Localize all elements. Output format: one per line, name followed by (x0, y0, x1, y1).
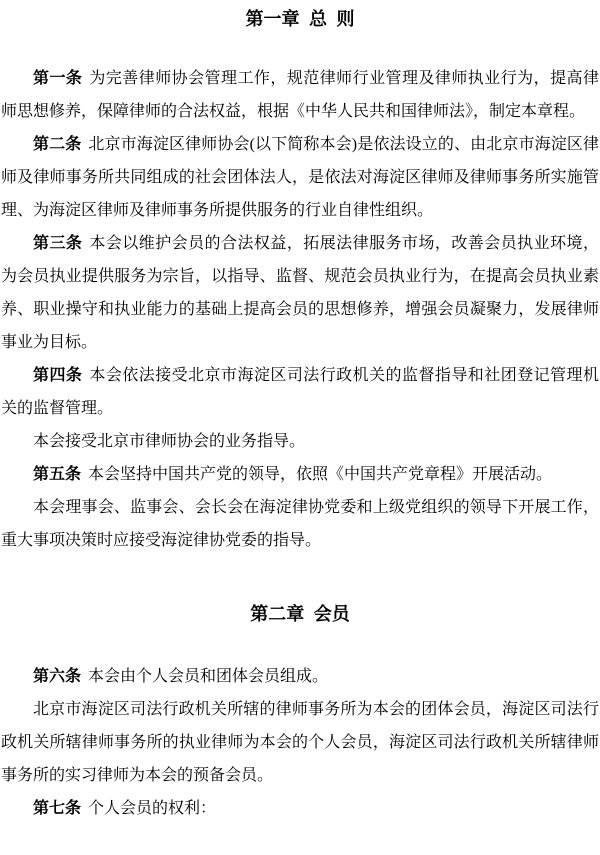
article-label: 第一条 (33, 70, 82, 87)
article-text: 本会以维护会员的合法权益，拓展法律服务市场，改善会员执业环境，为会员执业提供服务… (1, 235, 599, 351)
article-paragraph: 第六条本会由个人会员和团体会员组成。 (1, 660, 599, 693)
article-label: 第三条 (33, 235, 82, 252)
article-paragraph: 第一条为完善律师协会管理工作，规范律师行业管理及律师执业行为，提高律师思想修养，… (1, 62, 599, 128)
article-paragraph: 本会理事会、监事会、会长会在海淀律协党委和上级党组织的领导下开展工作，重大事项决… (1, 491, 599, 557)
article-text: 本会接受北京市律师协会的业务指导。 (33, 433, 305, 450)
article-label: 第五条 (33, 466, 81, 483)
article-paragraph: 第五条本会坚持中国共产党的领导，依照《中国共产党章程》开展活动。 (1, 458, 599, 491)
section-chapter-1: 第一章 总 则 第一条为完善律师协会管理工作，规范律师行业管理及律师执业行为，提… (1, 6, 599, 557)
document-page: 第一章 总 则 第一条为完善律师协会管理工作，规范律师行业管理及律师执业行为，提… (0, 0, 600, 855)
article-text: 北京市海淀区律师协会(以下简称本会)是依法设立的、由北京市海淀区律师及律师事务所… (1, 136, 599, 219)
article-label: 第六条 (33, 668, 81, 685)
article-text: 本会依法接受北京市海淀区司法行政机关的监督指导和社团登记管理机关的监督管理。 (1, 367, 599, 417)
article-paragraph: 第三条本会以维护会员的合法权益，拓展法律服务市场，改善会员执业环境，为会员执业提… (1, 227, 599, 359)
article-text: 本会由个人会员和团体会员组成。 (88, 668, 328, 685)
article-paragraph: 第七条个人会员的权利： (1, 792, 599, 825)
article-paragraph: 北京市海淀区司法行政机关所辖的律师事务所为本会的团体会员，海淀区司法行政机关所辖… (1, 693, 599, 792)
article-text: 本会坚持中国共产党的领导，依照《中国共产党章程》开展活动。 (88, 466, 552, 483)
article-text: 北京市海淀区司法行政机关所辖的律师事务所为本会的团体会员，海淀区司法行政机关所辖… (1, 701, 599, 784)
chapter-title: 第一章 总 则 (1, 6, 599, 32)
article-label: 第二条 (33, 136, 81, 153)
article-text: 个人会员的权利： (88, 800, 216, 817)
section-chapter-2: 第二章 会员 第六条本会由个人会员和团体会员组成。 北京市海淀区司法行政机关所辖… (1, 601, 599, 825)
article-text: 本会理事会、监事会、会长会在海淀律协党委和上级党组织的领导下开展工作，重大事项决… (1, 499, 599, 549)
article-paragraph: 第二条北京市海淀区律师协会(以下简称本会)是依法设立的、由北京市海淀区律师及律师… (1, 128, 599, 227)
article-text: 为完善律师协会管理工作，规范律师行业管理及律师执业行为，提高律师思想修养，保障律… (1, 70, 599, 120)
article-label: 第四条 (33, 367, 82, 384)
article-paragraph: 本会接受北京市律师协会的业务指导。 (1, 425, 599, 458)
article-label: 第七条 (33, 800, 81, 817)
chapter-title: 第二章 会员 (1, 601, 599, 627)
article-paragraph: 第四条本会依法接受北京市海淀区司法行政机关的监督指导和社团登记管理机关的监督管理… (1, 359, 599, 425)
